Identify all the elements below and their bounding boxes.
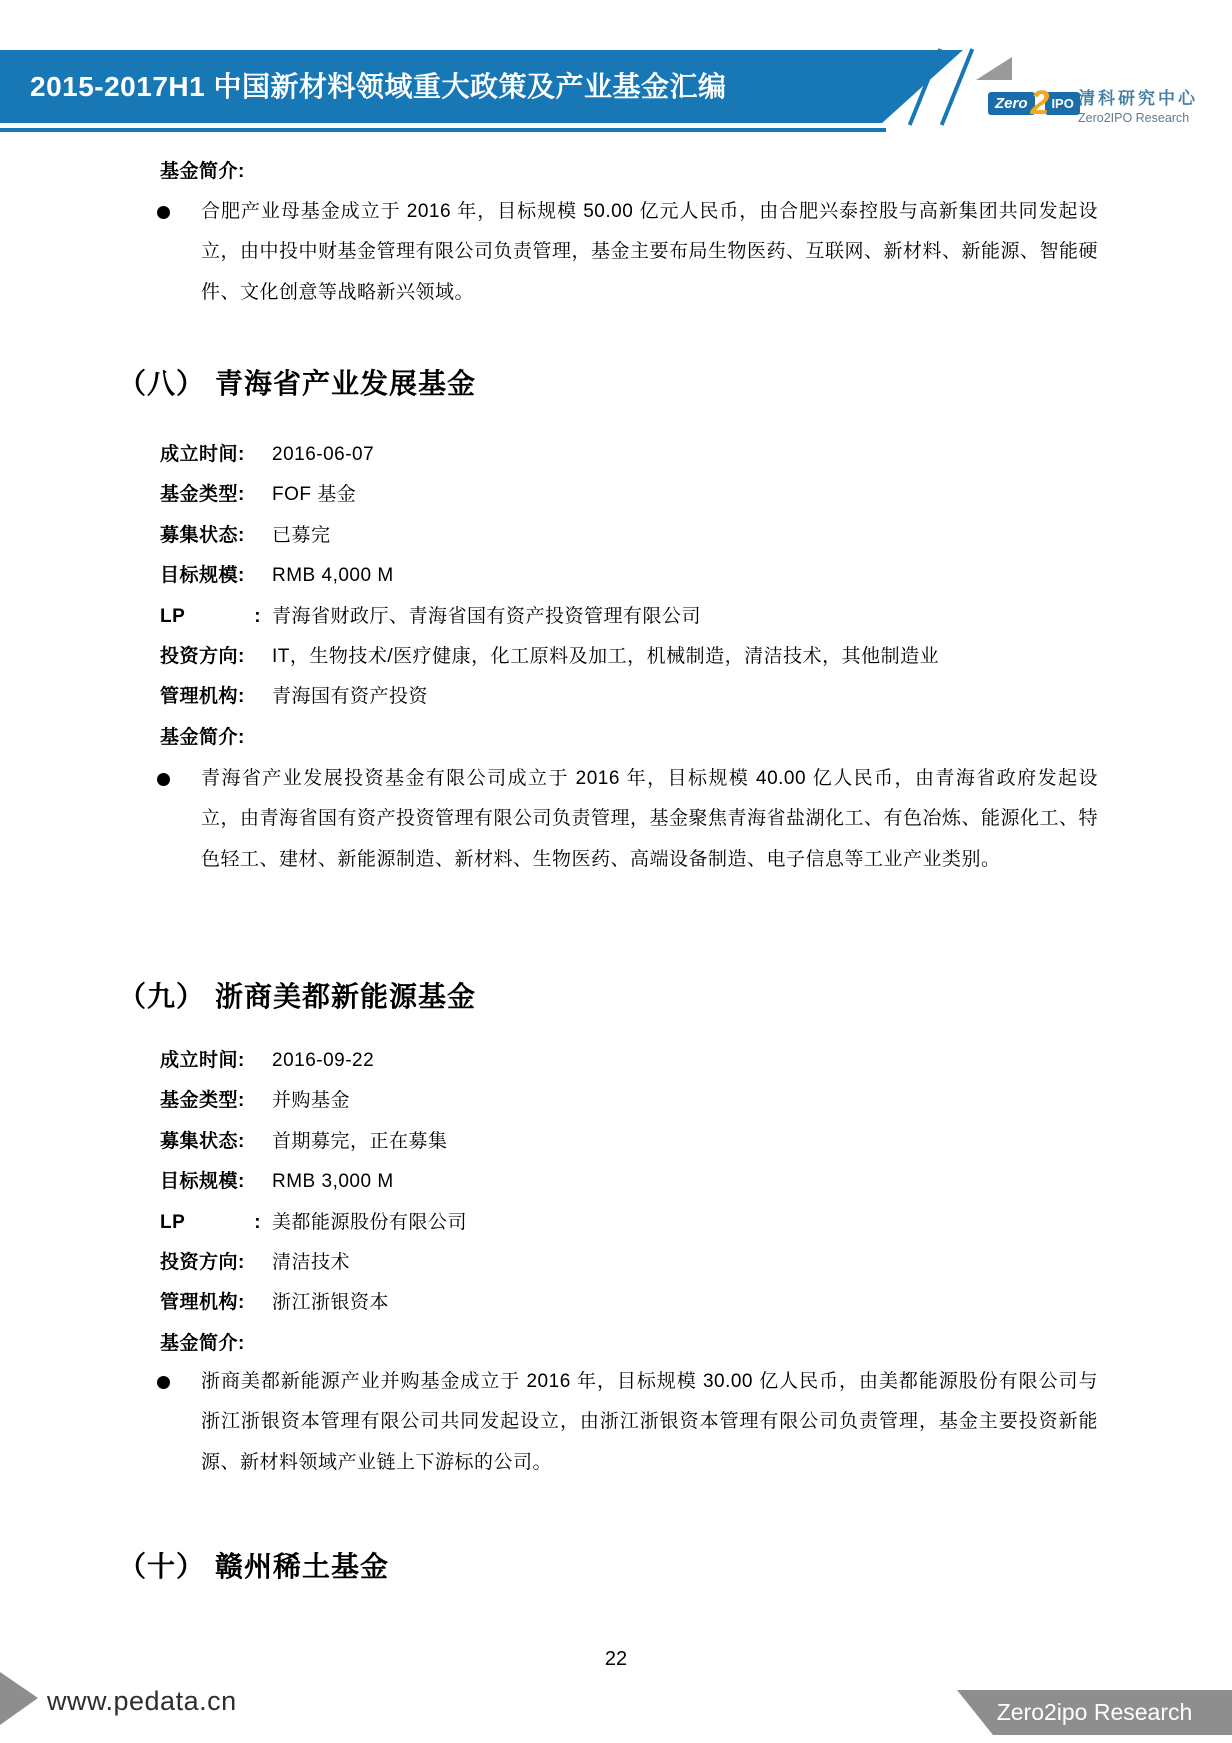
field-row: 基金类型:并购基金 (160, 1081, 467, 1121)
field-row: LP :青海省财政厅、青海省国有资产投资管理有限公司 (160, 597, 939, 637)
field-label: 管理机构: (160, 1283, 272, 1323)
field-label: 投资方向: (160, 1243, 272, 1283)
section-number: （九） (118, 981, 205, 1012)
field-row: 目标规模:RMB 3,000 M (160, 1162, 467, 1202)
field-label: LP : (160, 597, 272, 637)
footer-website-link[interactable]: www.pedata.cn (47, 1686, 237, 1717)
bullet-icon (157, 206, 170, 219)
field-row: 管理机构:青海国有资产投资 (160, 677, 939, 717)
field-value: RMB 3,000 M (272, 1171, 394, 1192)
fund-fields-8: 成立时间:2016-06-07 基金类型:FOF 基金 募集状态:已募完 目标规… (160, 435, 939, 758)
research-center-name-en: Zero2IPO Research (1078, 111, 1198, 125)
field-label: 基金简介: (160, 718, 272, 758)
field-row: 募集状态:首期募完，正在募集 (160, 1122, 467, 1162)
field-row: 基金类型:FOF 基金 (160, 475, 939, 515)
fund-fields-9: 成立时间:2016-09-22 基金类型:并购基金 募集状态:首期募完，正在募集… (160, 1041, 467, 1364)
field-row: 基金简介: (160, 1324, 467, 1364)
field-row: 管理机构:浙江浙银资本 (160, 1283, 467, 1323)
logo-ipo-block: IPO (1045, 92, 1079, 115)
section-heading-8: （八）青海省产业发展基金 (118, 362, 476, 402)
field-label: 投资方向: (160, 637, 272, 677)
footer-arrow-icon (0, 1672, 38, 1725)
logo-zero-block: Zero (988, 92, 1035, 115)
section-heading-9: （九）浙商美都新能源基金 (118, 975, 476, 1015)
field-label: 目标规模: (160, 556, 272, 596)
field-value: IT，生物技术/医疗健康，化工原料及加工，机械制造，清洁技术，其他制造业 (272, 646, 939, 667)
triangle-decoration (976, 57, 1012, 80)
field-label: 基金类型: (160, 1081, 272, 1121)
section-number: （八） (118, 368, 205, 399)
page-number: 22 (0, 1648, 1232, 1671)
fund-brief-paragraph: 青海省产业发展投资基金有限公司成立于 2016 年，目标规模 40.00 亿人民… (201, 759, 1098, 880)
header-banner: 2015-2017H1 中国新材料领域重大政策及产业基金汇编 (0, 50, 963, 123)
field-label: LP : (160, 1203, 272, 1243)
section-title: 青海省产业发展基金 (215, 368, 476, 399)
field-value: 青海国有资产投资 (272, 686, 428, 707)
field-label: 基金类型: (160, 475, 272, 515)
field-value: 已募完 (272, 525, 331, 546)
fund-brief-paragraph: 浙商美都新能源产业并购基金成立于 2016 年，目标规模 30.00 亿人民币，… (201, 1362, 1098, 1483)
field-label: 成立时间: (160, 1041, 272, 1081)
field-value: 并购基金 (272, 1090, 350, 1111)
fund-brief-text: 合肥产业母基金成立于 2016 年，目标规模 50.00 亿元人民币，由合肥兴泰… (201, 192, 1098, 313)
field-row: 投资方向:清洁技术 (160, 1243, 467, 1283)
field-row: 成立时间:2016-06-07 (160, 435, 939, 475)
fund-brief-text: 青海省产业发展投资基金有限公司成立于 2016 年，目标规模 40.00 亿人民… (201, 759, 1098, 880)
field-value: 首期募完，正在募集 (272, 1131, 448, 1152)
document-page: 2015-2017H1 中国新材料领域重大政策及产业基金汇编 Zero 2 IP… (0, 0, 1232, 1743)
bullet-icon (157, 1376, 170, 1389)
field-row: 投资方向:IT，生物技术/医疗健康，化工原料及加工，机械制造，清洁技术，其他制造… (160, 637, 939, 677)
research-center-name-cn: 清科研究中心 (1078, 84, 1198, 109)
field-value: 2016-09-22 (272, 1050, 374, 1071)
section-heading-10: （十）赣州稀土基金 (118, 1545, 389, 1585)
fund-brief-paragraph: 合肥产业母基金成立于 2016 年，目标规模 50.00 亿元人民币，由合肥兴泰… (201, 192, 1098, 313)
field-label: 成立时间: (160, 435, 272, 475)
field-label: 基金简介: (160, 1324, 272, 1364)
field-row: LP :美都能源股份有限公司 (160, 1203, 467, 1243)
field-row: 成立时间:2016-09-22 (160, 1041, 467, 1081)
field-value: FOF 基金 (272, 484, 356, 505)
field-row: 基金简介: (160, 718, 939, 758)
logo-two-glyph: 2 (1031, 86, 1050, 120)
field-label: 募集状态: (160, 516, 272, 556)
section-title: 浙商美都新能源基金 (215, 981, 476, 1012)
field-value: RMB 4,000 M (272, 565, 394, 586)
zero2ipo-logo: Zero 2 IPO (988, 86, 1080, 120)
bullet-icon (157, 773, 170, 786)
section-number: （十） (118, 1551, 205, 1582)
header-rule (0, 128, 886, 132)
field-value: 清洁技术 (272, 1252, 350, 1273)
field-value: 浙江浙银资本 (272, 1292, 389, 1313)
section-title: 赣州稀土基金 (215, 1551, 389, 1582)
fund-brief-text: 浙商美都新能源产业并购基金成立于 2016 年，目标规模 30.00 亿人民币，… (201, 1362, 1098, 1483)
research-center-wordmark: 清科研究中心 Zero2IPO Research (1078, 84, 1198, 125)
field-value: 美都能源股份有限公司 (272, 1212, 467, 1233)
footer-brand-badge: Zero2ipo Research (957, 1690, 1232, 1735)
fund-brief-label: 基金简介: (160, 156, 245, 183)
field-value: 青海省财政厅、青海省国有资产投资管理有限公司 (272, 606, 701, 627)
field-value: 2016-06-07 (272, 444, 374, 465)
field-label: 管理机构: (160, 677, 272, 717)
report-title: 2015-2017H1 中国新材料领域重大政策及产业基金汇编 (0, 50, 963, 123)
field-row: 目标规模:RMB 4,000 M (160, 556, 939, 596)
field-label: 目标规模: (160, 1162, 272, 1202)
field-label: 募集状态: (160, 1122, 272, 1162)
field-row: 募集状态:已募完 (160, 516, 939, 556)
